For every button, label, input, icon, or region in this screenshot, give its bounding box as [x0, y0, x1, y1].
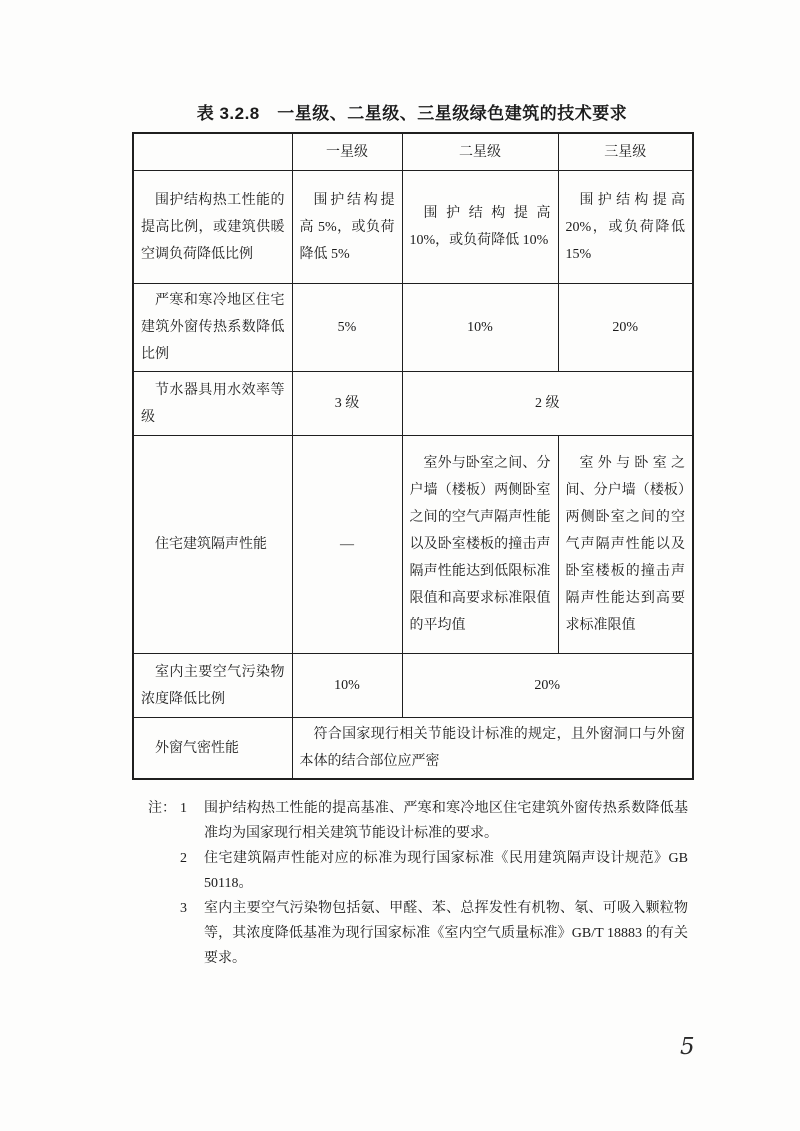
note-text: 住宅建筑隔声性能对应的标准为现行国家标准《民用建筑隔声设计规范》GB 50118… [204, 846, 688, 896]
header-three-star: 三星级 [558, 133, 693, 171]
row-label: 围护结构热工性能的提高比例，或建筑供暖空调负荷降低比例 [133, 171, 292, 284]
table-cell: 围护结构提高 5%，或负荷降低 5% [292, 171, 402, 284]
notes-section: 注： 1 围护结构热工性能的提高基准、严寒和寒冷地区住宅建筑外窗传热系数降低基准… [148, 796, 688, 971]
table-cell: 10% [292, 654, 402, 718]
table-cell: 室外与卧室之间、分户墙（楼板）两侧卧室之间的空气声隔声性能以及卧室楼板的撞击声隔… [558, 436, 693, 654]
header-one-star: 一星级 [292, 133, 402, 171]
header-row: 一星级 二星级 三星级 [133, 133, 693, 171]
note-number: 1 [180, 796, 204, 821]
requirements-table: 一星级 二星级 三星级 围护结构热工性能的提高比例，或建筑供暖空调负荷降低比例 … [132, 132, 694, 780]
table-cell: 5% [292, 284, 402, 372]
row-label: 严寒和寒冷地区住宅建筑外窗传热系数降低比例 [133, 284, 292, 372]
table-cell: — [292, 436, 402, 654]
table-cell-merged: 20% [402, 654, 693, 718]
table-row-water-efficiency: 节水器具用水效率等级 3 级 2 级 [133, 372, 693, 436]
table-cell: 3 级 [292, 372, 402, 436]
note-number: 2 [180, 846, 204, 871]
table-cell: 20% [558, 284, 693, 372]
row-label: 室内主要空气污染物浓度降低比例 [133, 654, 292, 718]
note-text: 室内主要空气污染物包括氨、甲醛、苯、总挥发性有机物、氡、可吸入颗粒物等，其浓度降… [204, 896, 688, 971]
note-item: 注： 1 围护结构热工性能的提高基准、严寒和寒冷地区住宅建筑外窗传热系数降低基准… [148, 796, 688, 846]
table-row-air-pollution: 室内主要空气污染物浓度降低比例 10% 20% [133, 654, 693, 718]
note-text: 围护结构热工性能的提高基准、严寒和寒冷地区住宅建筑外窗传热系数降低基准均为国家现… [204, 796, 688, 846]
notes-label: 注： [148, 796, 180, 821]
page-number: 5 [680, 1034, 695, 1060]
row-label: 住宅建筑隔声性能 [133, 436, 292, 654]
table-cell: 10% [402, 284, 558, 372]
note-item: 3 室内主要空气污染物包括氨、甲醛、苯、总挥发性有机物、氡、可吸入颗粒物等，其浓… [148, 896, 688, 971]
table-cell: 围护结构提高 20%，或负荷降低 15% [558, 171, 693, 284]
table-title: 表 3.2.8 一星级、二星级、三星级绿色建筑的技术要求 [132, 102, 692, 126]
document-page: 表 3.2.8 一星级、二星级、三星级绿色建筑的技术要求 一星级 二星级 三星级… [0, 0, 800, 1131]
table-cell-merged: 符合国家现行相关节能设计标准的规定，且外窗洞口与外窗本体的结合部位应严密 [292, 718, 693, 780]
header-two-star: 二星级 [402, 133, 558, 171]
table-cell: 围护结构提高 10%，或负荷降低 10% [402, 171, 558, 284]
table-row-sound-insulation: 住宅建筑隔声性能 — 室外与卧室之间、分户墙（楼板）两侧卧室之间的空气声隔声性能… [133, 436, 693, 654]
row-label: 节水器具用水效率等级 [133, 372, 292, 436]
table-cell: 室外与卧室之间、分户墙（楼板）两侧卧室之间的空气声隔声性能以及卧室楼板的撞击声隔… [402, 436, 558, 654]
table-row-airtightness: 外窗气密性能 符合国家现行相关节能设计标准的规定，且外窗洞口与外窗本体的结合部位… [133, 718, 693, 780]
table-row-window-u-value: 严寒和寒冷地区住宅建筑外窗传热系数降低比例 5% 10% 20% [133, 284, 693, 372]
note-number: 3 [180, 896, 204, 921]
note-item: 2 住宅建筑隔声性能对应的标准为现行国家标准《民用建筑隔声设计规范》GB 501… [148, 846, 688, 896]
header-blank [133, 133, 292, 171]
row-label: 外窗气密性能 [133, 718, 292, 780]
table-row-envelope: 围护结构热工性能的提高比例，或建筑供暖空调负荷降低比例 围护结构提高 5%，或负… [133, 171, 693, 284]
table-cell-merged: 2 级 [402, 372, 693, 436]
